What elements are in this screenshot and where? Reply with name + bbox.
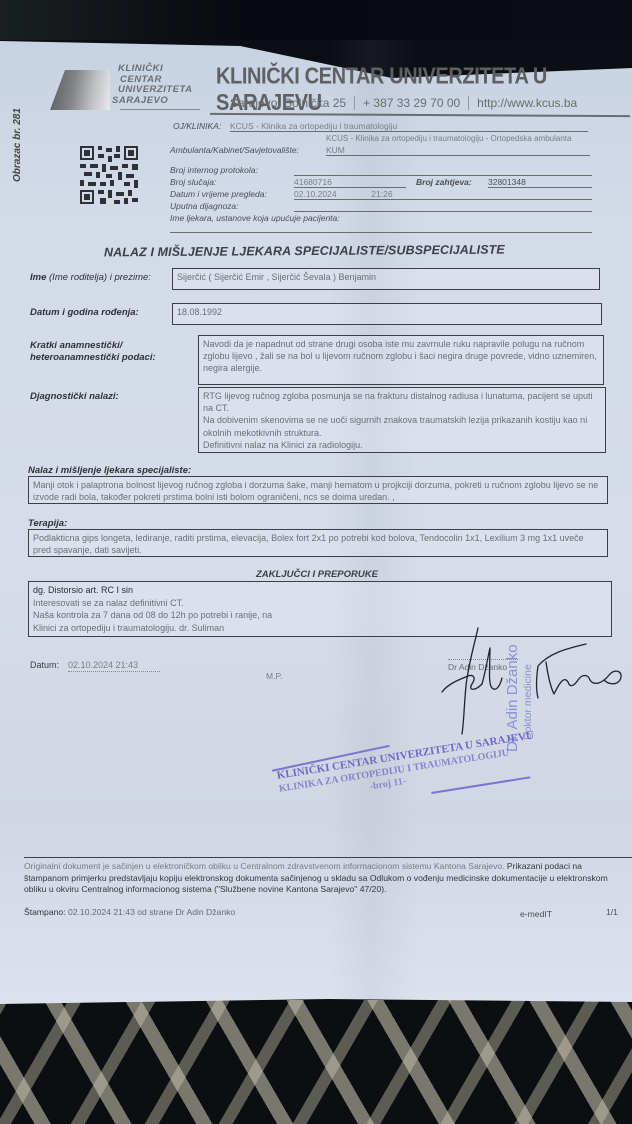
diagnostic-line-2: Na dobivenim skenovima se ne uoči sigurn… xyxy=(203,414,601,438)
logo-line-3: UNIVERZITETA xyxy=(118,85,192,96)
conclusion-line-2: Interesovati se za nalaz definitivni CT. xyxy=(33,597,607,610)
datum-pregleda-time: 21:26 xyxy=(371,189,392,199)
name-label-bold: Ime xyxy=(30,272,46,283)
oj-klinika-value: KCUS - Klinika za ortopediju i traumatol… xyxy=(230,121,588,132)
slucaj-value: 41680716 xyxy=(294,177,406,188)
patient-name-field: Sijerčić ( Sijerčić Emir , Sijerčić Ševa… xyxy=(172,268,600,290)
anamnesis-label-line1: Kratki anamnestički/ xyxy=(30,340,156,352)
institution-contact: Sarajevo, Bolnička 25 + 387 33 29 70 00 … xyxy=(230,96,585,110)
logo-line-1: KLINIČKI xyxy=(118,64,192,75)
zahtjev-value: 32801348 xyxy=(488,177,592,188)
diagnostic-line-1: RTG lijevog ručnog zgloba posmunja se na… xyxy=(203,390,601,414)
page-number: 1/1 xyxy=(606,907,618,917)
signature-date-value: 02.10.2024 21:43 xyxy=(68,660,160,672)
protokol-label: Broj internog protokola: xyxy=(170,165,258,175)
ambulanta-value-line2: KUM xyxy=(326,145,590,156)
ambulanta-label: Ambulanta/Kabinet/Savjetovalište: xyxy=(170,145,299,155)
conclusions-title: ZAKLJUČCI I PREPORUKE xyxy=(256,569,378,580)
anamnesis-label-line2: heteroanamnestički podaci: xyxy=(30,352,156,364)
therapy-label: Terapija: xyxy=(28,518,67,529)
footer-rule xyxy=(24,857,632,858)
printed-info: Štampano: 02.10.2024 21:43 od strane Dr … xyxy=(24,907,235,917)
form-number: Obrazac br. 281 xyxy=(12,108,23,182)
institution-logo: KLINIČKI CENTAR UNIVERZITETA SARAJEVO xyxy=(40,64,200,110)
opinion-label: Nalaz i mišljenje ljekara specijaliste: xyxy=(28,465,191,476)
datum-pregleda-value: 02.10.2024 21:26 xyxy=(294,189,592,200)
logo-line-4: SARAJEVO xyxy=(112,96,192,107)
printed-label: Štampano: xyxy=(24,907,66,917)
footer-legal-text: Originalni dokument je sačinjen u elektr… xyxy=(24,861,624,896)
conclusion-line-1: dg. Distorsio art. RC I sin xyxy=(33,584,607,597)
conclusion-line-3: Naša kontrola za 7 dana od 08 do 12h po … xyxy=(33,609,607,622)
qr-code-icon xyxy=(80,146,138,204)
mp-label: M.P. xyxy=(266,671,282,681)
opinion-field: Manji otok i palaptrona bolnost lijevog … xyxy=(28,476,608,504)
system-name: e-medIT xyxy=(520,909,552,919)
background-top xyxy=(0,0,632,40)
ambulanta-value-line1: KCUS - Klinika za ortopediju i traumatol… xyxy=(326,134,571,143)
ljekar-value xyxy=(170,222,592,233)
therapy-field: Podlakticna gips longeta, lediranje, rad… xyxy=(28,529,608,557)
datum-pregleda-label: Datum i vrijeme pregleda: xyxy=(170,189,267,199)
name-label-rest: (Ime roditelja) i prezime: xyxy=(46,272,151,283)
logo-underline xyxy=(120,109,200,110)
background-chair xyxy=(0,1000,632,1124)
phone: + 387 33 29 70 00 xyxy=(354,96,468,110)
diagnostic-field: RTG lijevog ručnog zgloba posmunja se na… xyxy=(198,387,606,453)
datum-pregleda-date: 02.10.2024 xyxy=(294,189,337,199)
uputna-label: Uputna dijagnoza: xyxy=(170,201,239,211)
anamnesis-label: Kratki anamnestički/ heteroanamnestički … xyxy=(30,340,156,364)
address: Sarajevo, Bolnička 25 xyxy=(230,96,354,110)
diagnostic-line-3: Definitivni nalaz na Klinici za radiolog… xyxy=(203,439,601,451)
diagnostic-label: Djagnostički nalazi: xyxy=(30,391,119,402)
oj-klinika-label: OJ/KLINIKA: xyxy=(173,121,221,131)
logo-text: KLINIČKI CENTAR UNIVERZITETA SARAJEVO xyxy=(118,64,192,106)
dob-label: Datum i godina rođenja: xyxy=(30,307,139,318)
handwritten-signature-icon xyxy=(438,626,628,736)
uputna-value xyxy=(294,201,592,212)
logo-mark-icon xyxy=(50,70,110,110)
anamnesis-field: Navodi da je napadnut od strane drugi os… xyxy=(198,335,604,385)
dob-field: 18.08.1992 xyxy=(172,303,602,325)
printed-value: 02.10.2024 21:43 od strane Dr Adin Džank… xyxy=(66,907,236,917)
protokol-value xyxy=(294,165,592,176)
legal-text-1: Originalni dokument je sačinjen u elektr… xyxy=(24,861,505,871)
name-label: Ime (Ime roditelja) i prezime: xyxy=(30,272,151,283)
signature-date-label: Datum: xyxy=(30,660,59,670)
report-title: NALAZ I MIŠLJENJE LJEKARA SPECIJALISTE/S… xyxy=(104,243,505,260)
slucaj-label: Broj slučaja: xyxy=(170,177,216,187)
website-link: http://www.kcus.ba xyxy=(468,96,585,110)
zahtjev-label: Broj zahtjeva: xyxy=(416,177,472,187)
